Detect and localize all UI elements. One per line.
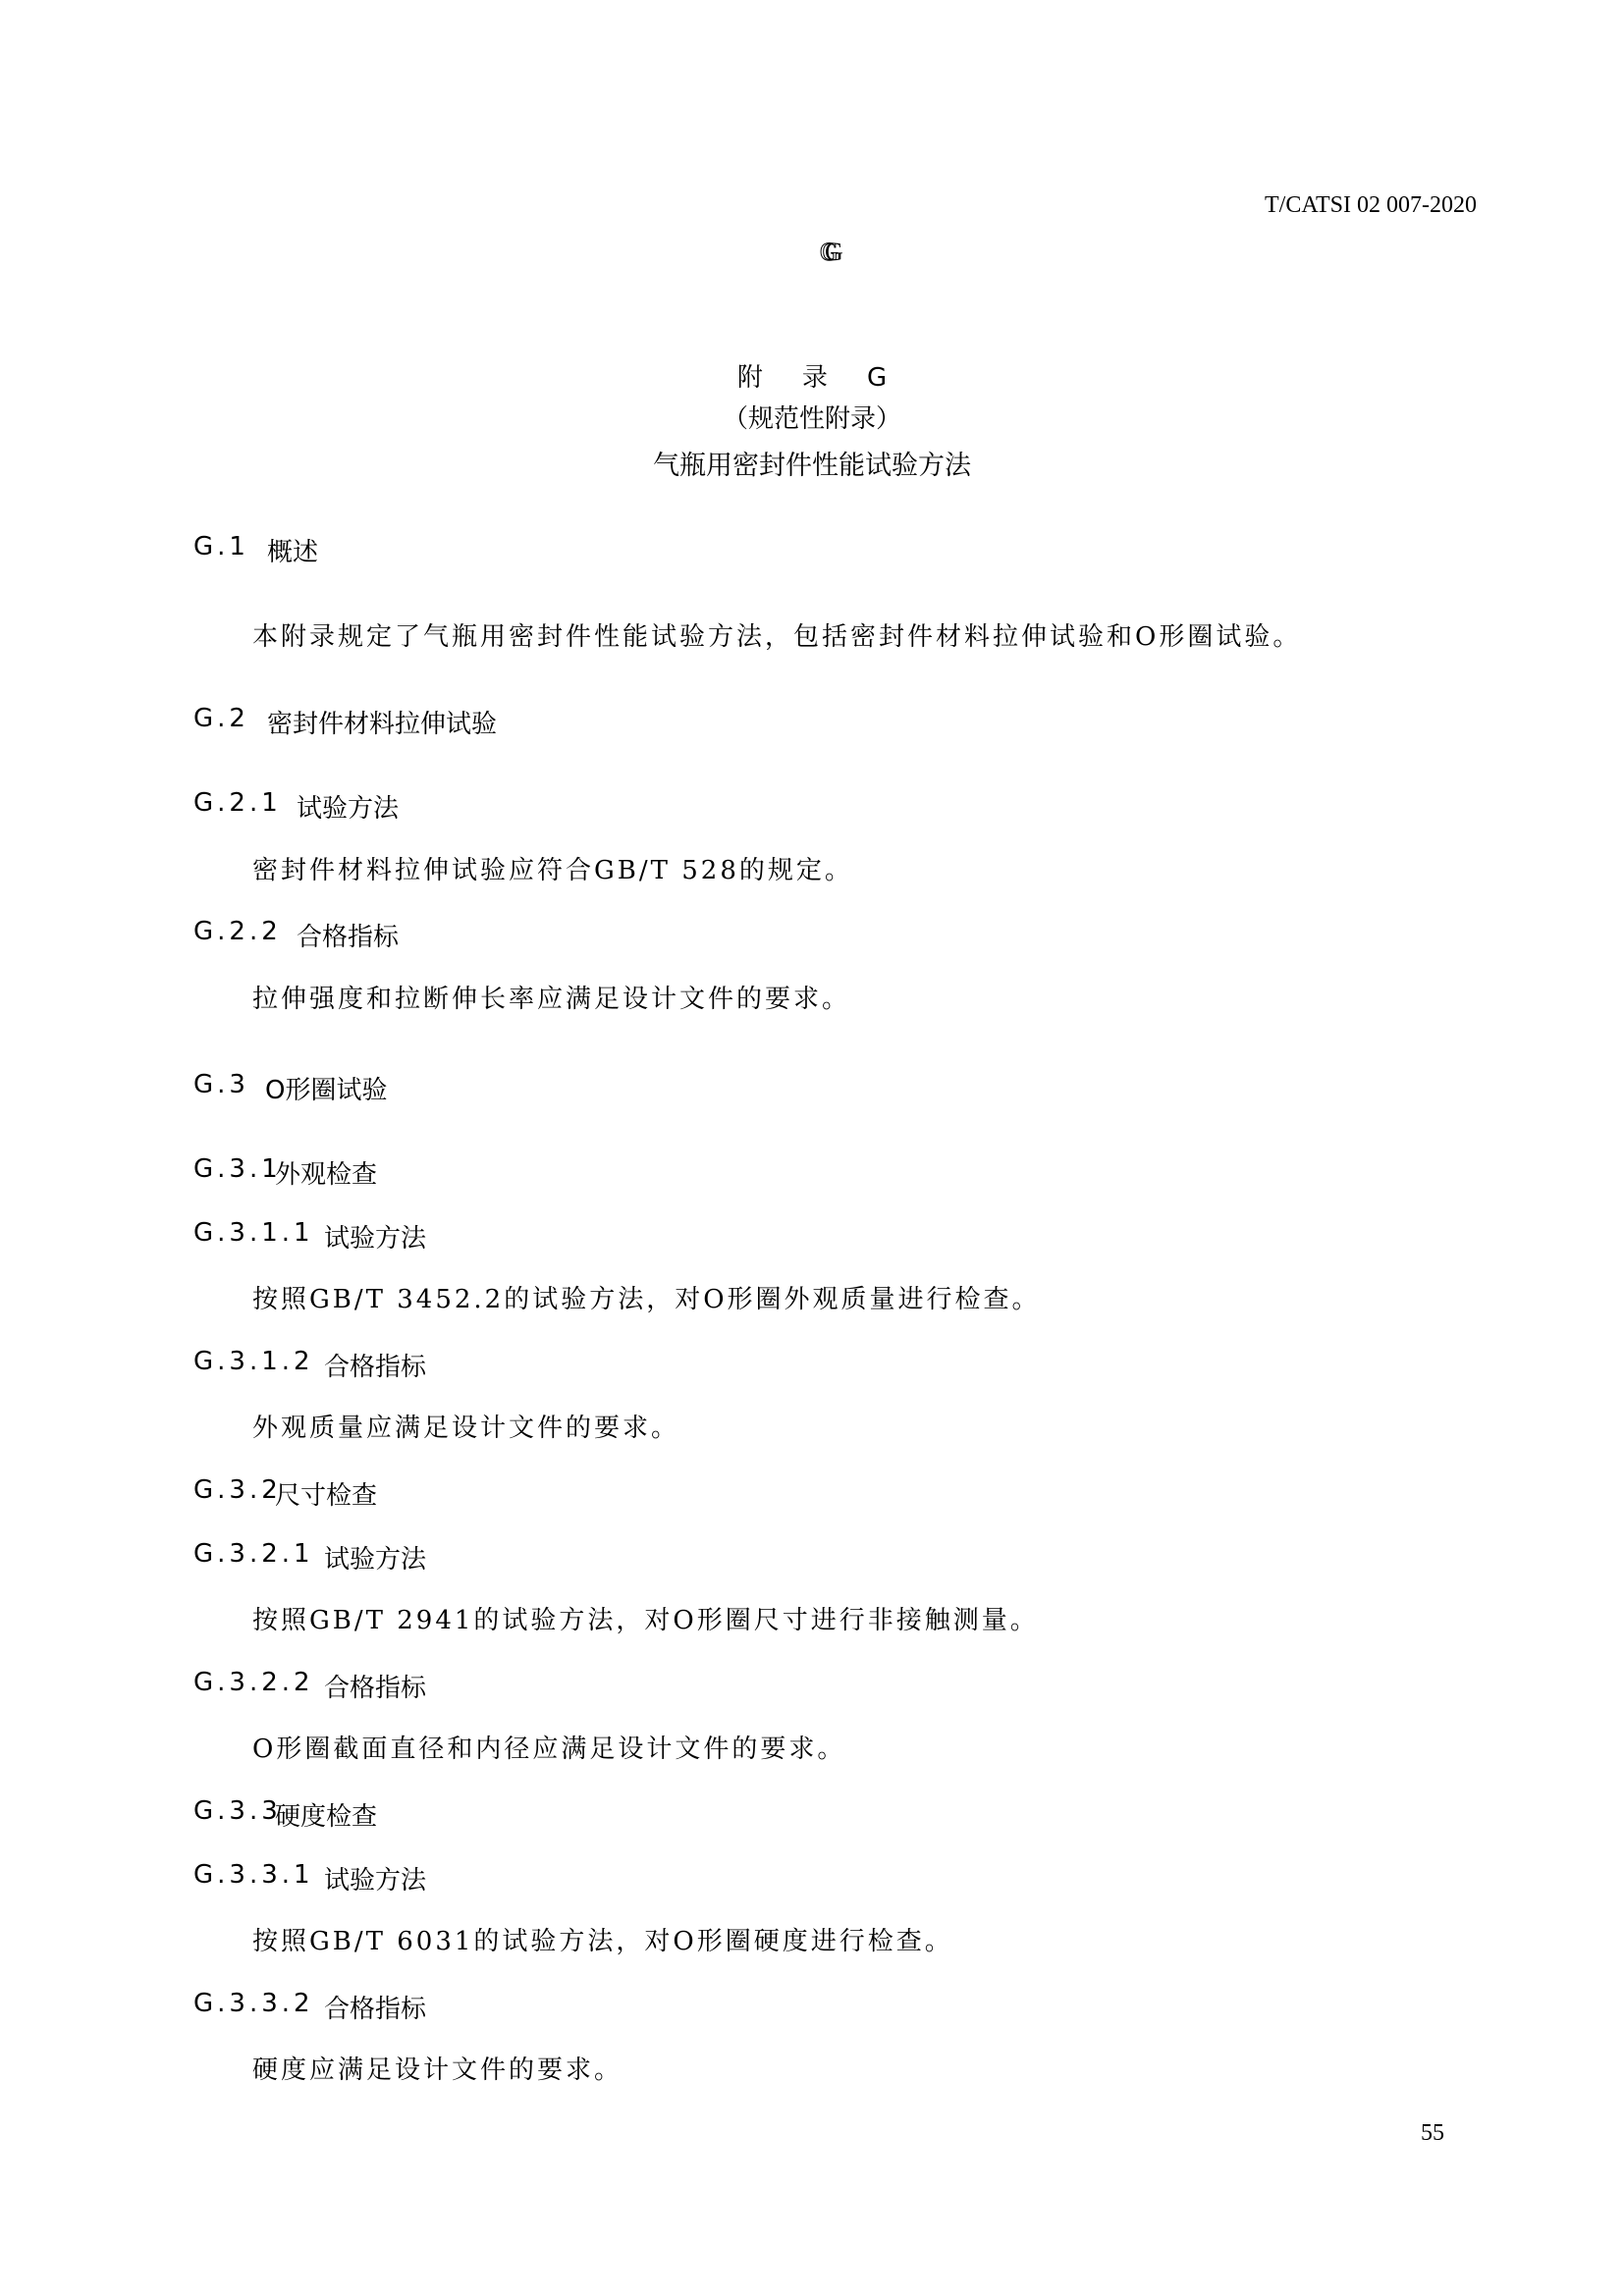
section-title: 合格指标 [324, 1668, 426, 1704]
section-title: 密封件材料拉伸试验 [267, 704, 497, 740]
section-title: 试验方法 [297, 788, 399, 825]
appendix-title-char: 录 [802, 357, 828, 394]
section-heading: G.1概述 [193, 532, 249, 561]
section-heading: G.2.1试验方法 [193, 788, 282, 818]
body-paragraph: 外观质量应满足设计文件的要求。 [252, 1408, 679, 1444]
appendix-title-char: 附 [737, 357, 763, 394]
appendix-title: 附录G [0, 357, 1624, 394]
body-paragraph: 按照GB/T 6031的试验方法，对O形圈硬度进行检查。 [252, 1921, 953, 1957]
section-title: 合格指标 [324, 1347, 426, 1383]
section-title: 外观检查 [275, 1154, 377, 1191]
section-title: 试验方法 [324, 1860, 426, 1896]
section-title: 合格指标 [324, 1989, 426, 2025]
standard-code: T/CATSI 02 007-2020 [1265, 192, 1477, 219]
section-heading: G.3.3.2合格指标 [193, 1989, 314, 2018]
section-number: G.2 [193, 704, 249, 733]
section-heading: G.2密封件材料拉伸试验 [193, 704, 249, 733]
page-number: 55 [1421, 2120, 1444, 2147]
section-heading: G.3.1.2合格指标 [193, 1347, 314, 1376]
section-heading: G.2.2合格指标 [193, 917, 282, 946]
section-number: G.3 [193, 1070, 249, 1099]
section-number: G.3.2 [193, 1475, 282, 1505]
appendix-type: （规范性附录） [0, 399, 1624, 435]
section-heading: G.3.1外观检查 [193, 1154, 282, 1184]
body-paragraph: O形圈截面直径和内径应满足设计文件的要求。 [252, 1729, 845, 1765]
section-number: G.3.1.2 [193, 1347, 314, 1376]
section-heading: G.3O形圈试验 [193, 1070, 249, 1099]
document-page: T/CATSI 02 007-2020 G G 附录G （规范性附录） 气瓶用密… [0, 0, 1624, 2296]
appendix-subject: 气瓶用密封件性能试验方法 [0, 444, 1624, 482]
section-heading: G.3.1.1试验方法 [193, 1218, 314, 1248]
section-mark-icon: G G [825, 238, 843, 267]
section-number: G.3.2.1 [193, 1539, 314, 1569]
section-number: G.3.3.1 [193, 1860, 314, 1890]
body-paragraph: 按照GB/T 3452.2的试验方法，对O形圈外观质量进行检查。 [252, 1279, 1041, 1315]
section-title: 试验方法 [324, 1218, 426, 1255]
section-heading: G.3.3硬度检查 [193, 1796, 282, 1826]
section-number: G.3.1 [193, 1154, 282, 1184]
section-number: G.3.2.2 [193, 1668, 314, 1697]
section-heading: G.3.2尺寸检查 [193, 1475, 282, 1505]
body-paragraph: 拉伸强度和拉断伸长率应满足设计文件的要求。 [252, 979, 850, 1015]
appendix-title-letter: G [867, 363, 887, 393]
section-title: 硬度检查 [275, 1796, 377, 1833]
section-number: G.3.3 [193, 1796, 282, 1826]
section-title: 试验方法 [324, 1539, 426, 1575]
section-number: G.2.1 [193, 788, 282, 818]
section-title: 合格指标 [297, 917, 399, 953]
section-title: 概述 [267, 532, 318, 568]
body-paragraph: 按照GB/T 2941的试验方法，对O形圈尺寸进行非接触测量。 [252, 1600, 1039, 1636]
section-number: G.2.2 [193, 917, 282, 946]
section-number: G.3.3.2 [193, 1989, 314, 2018]
body-paragraph: 密封件材料拉伸试验应符合GB/T 528的规定。 [252, 850, 853, 886]
body-paragraph: 本附录规定了气瓶用密封件性能试验方法，包括密封件材料拉伸试验和O形圈试验。 [252, 616, 1301, 653]
section-mark-outline: G [820, 238, 839, 267]
section-heading: G.3.3.1试验方法 [193, 1860, 314, 1890]
body-paragraph: 硬度应满足设计文件的要求。 [252, 2050, 623, 2086]
section-heading: G.3.2.2合格指标 [193, 1668, 314, 1697]
section-number: G.1 [193, 532, 249, 561]
section-title: O形圈试验 [265, 1070, 387, 1106]
section-number: G.3.1.1 [193, 1218, 314, 1248]
section-heading: G.3.2.1试验方法 [193, 1539, 314, 1569]
section-title: 尺寸检查 [275, 1475, 377, 1512]
